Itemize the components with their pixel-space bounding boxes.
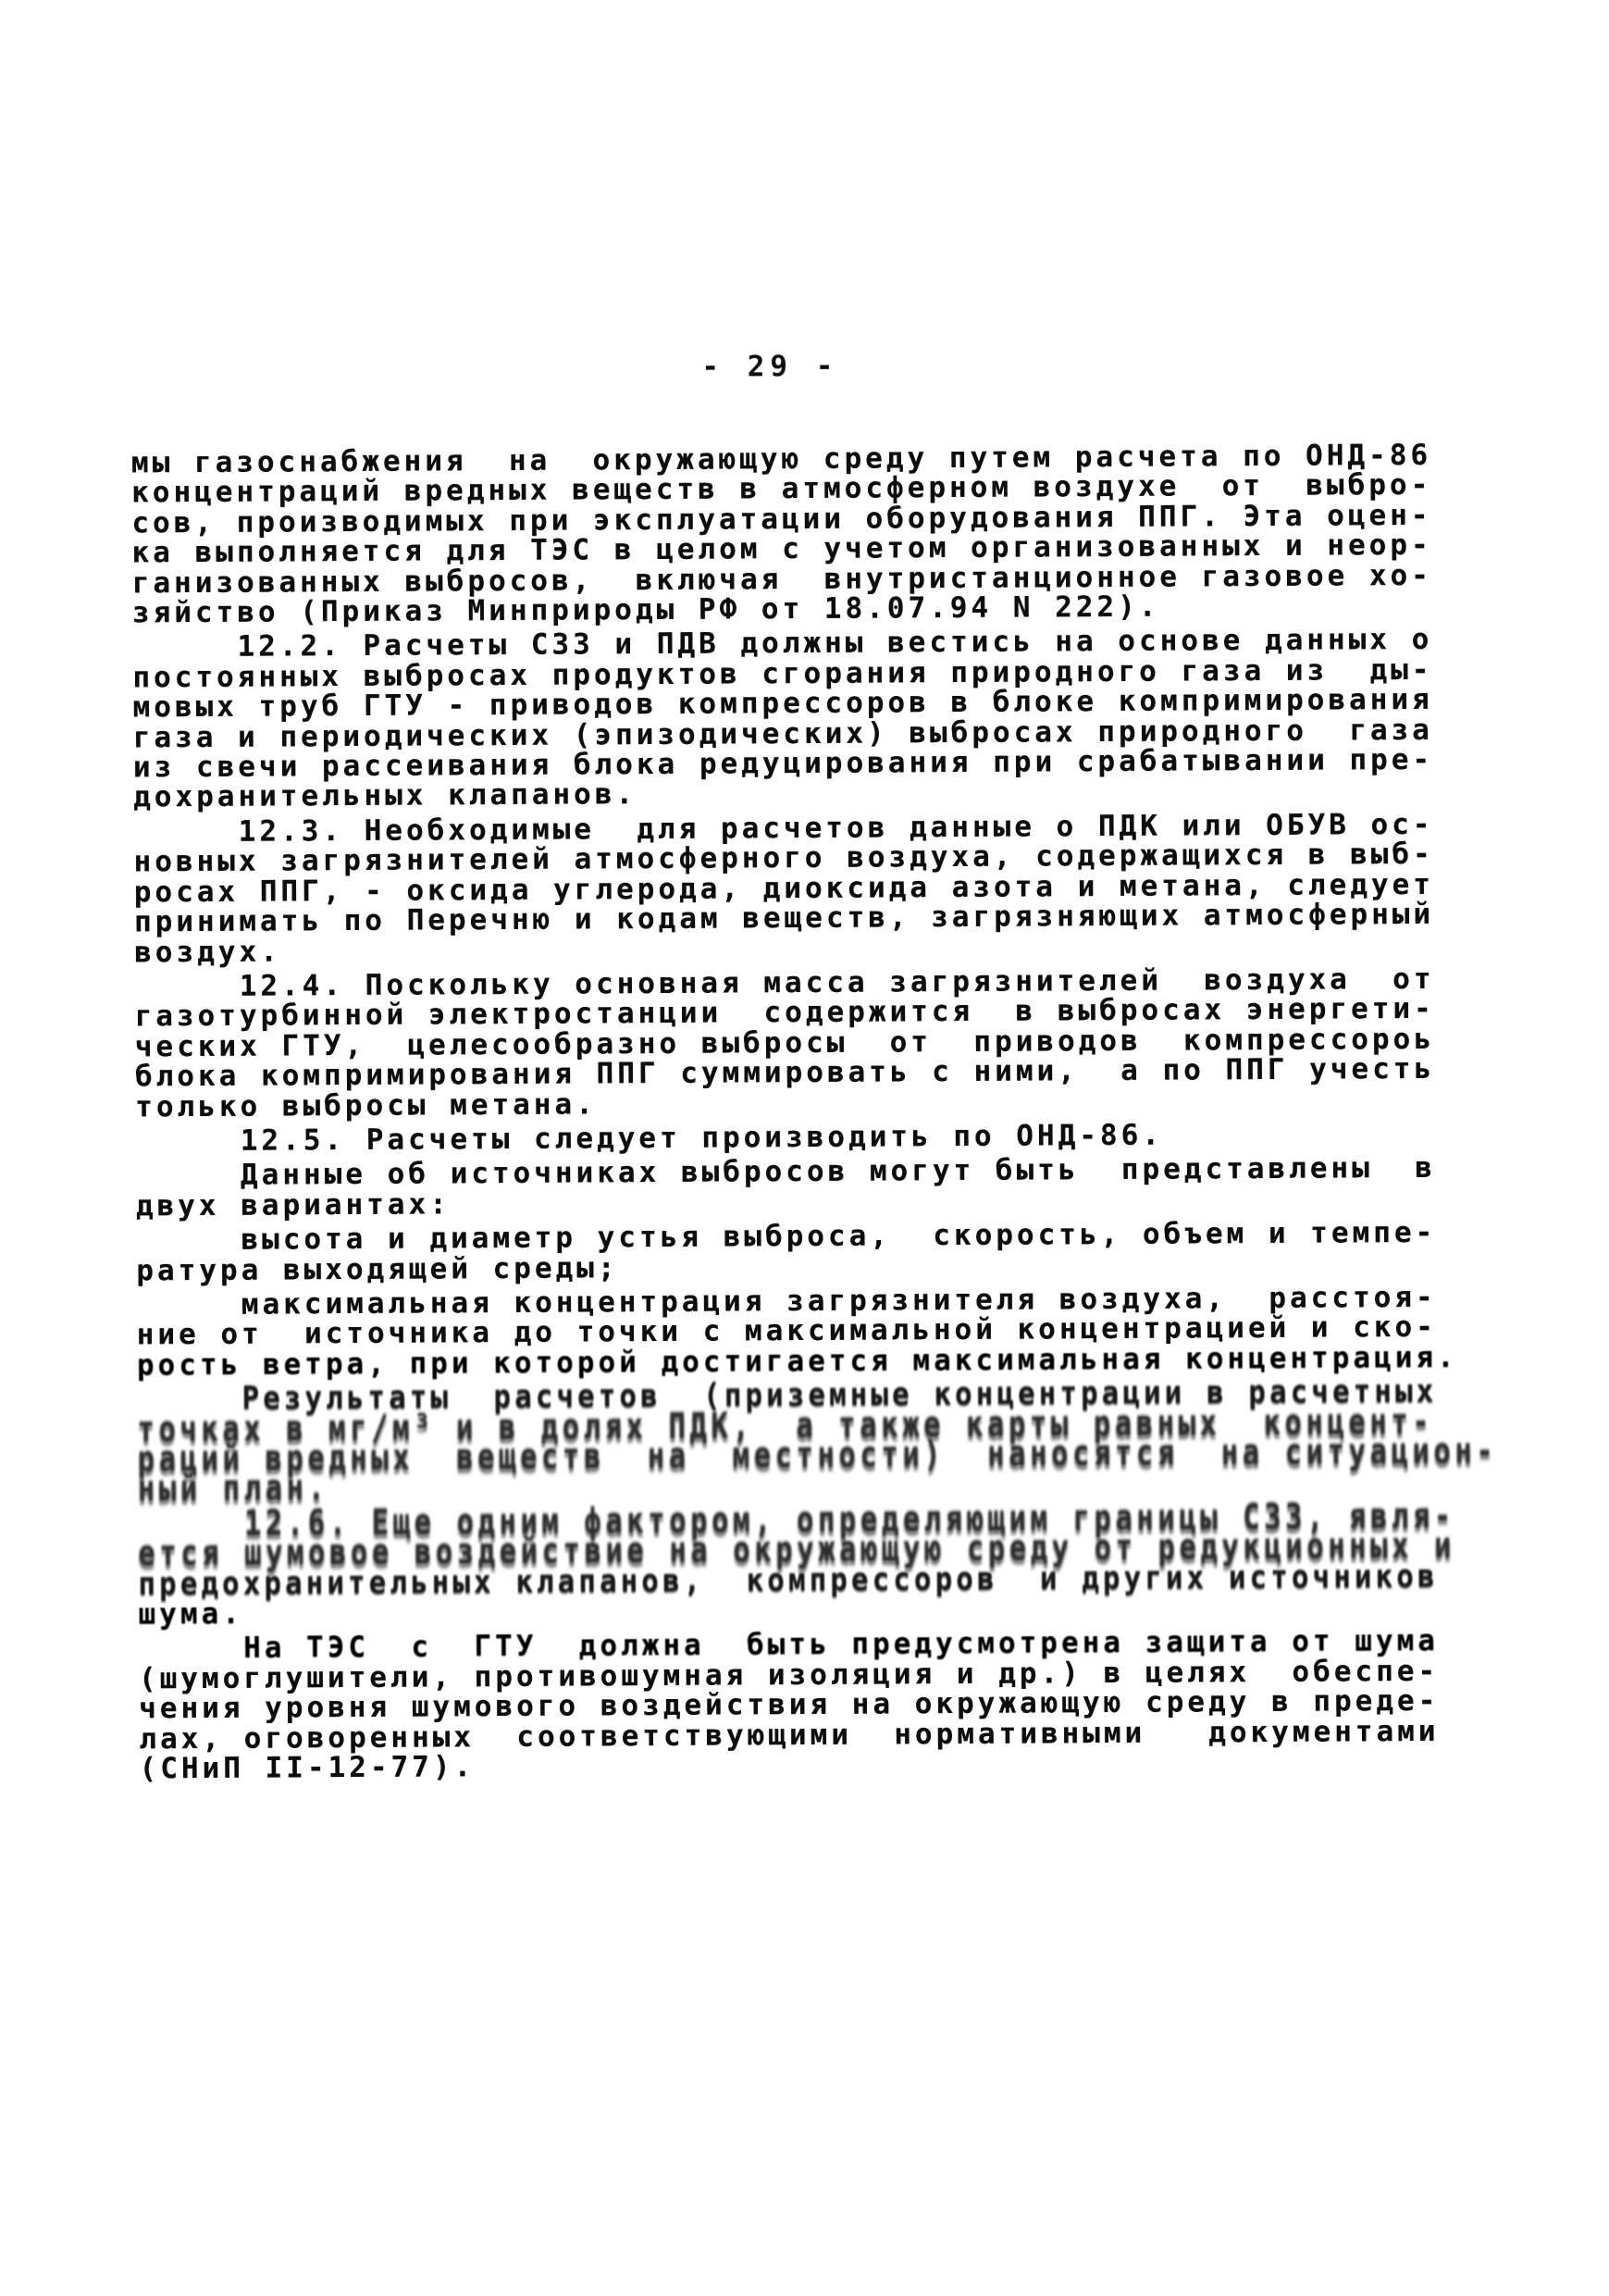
text-line: дохранительных клапанов.: [133, 775, 1521, 813]
paragraph: 12.6. Еще одним фактором, определяющим г…: [138, 1501, 1527, 1630]
document-body: мы газоснабжения на окружающую среду пут…: [131, 440, 1528, 1789]
page-content: - 29 - мы газоснабжения на окружающую ср…: [0, 0, 1609, 2296]
page-number: - 29 -: [701, 350, 838, 384]
paragraph: мы газоснабжения на окружающую среду пут…: [131, 440, 1520, 628]
text-line: лах, оговоренных соответствующими нормат…: [139, 1716, 1527, 1755]
scanned-page: - 29 - мы газоснабжения на окружающую ср…: [0, 0, 1609, 2296]
text-line: двух вариантах:: [136, 1183, 1524, 1222]
paragraph: 12.3. Необходимые для расчетов данные о …: [133, 809, 1522, 967]
text-line: зяйство (Приказ Минприроды РФ от 18.07.9…: [132, 590, 1520, 628]
text-line: 12.5. Расчеты следует производить по ОНД…: [135, 1118, 1523, 1157]
text-line: (СНиП II-12-77).: [140, 1745, 1528, 1784]
paragraph: максимальная концентрация загрязнителя в…: [136, 1282, 1525, 1380]
paragraph: 12.4. Поскольку основная масса загрязнит…: [134, 963, 1523, 1122]
paragraph: высота и диаметр устья выброса, скорость…: [136, 1217, 1524, 1285]
paragraph: Данные об источниках выбросов могут быть…: [136, 1153, 1524, 1222]
paragraph: 12.5. Расчеты следует производить по ОНД…: [135, 1118, 1523, 1157]
paragraph: Результаты расчетов (приземные концентра…: [137, 1376, 1526, 1505]
text-line: ратура выходящей среды;: [136, 1247, 1524, 1286]
text-line: только выбросы метана.: [135, 1084, 1523, 1123]
paragraph: На ТЭС с ГТУ должна быть предусмотрена з…: [139, 1626, 1528, 1784]
paragraph: 12.2. Расчеты СЗЗ и ПДВ должны вестись н…: [132, 625, 1521, 813]
